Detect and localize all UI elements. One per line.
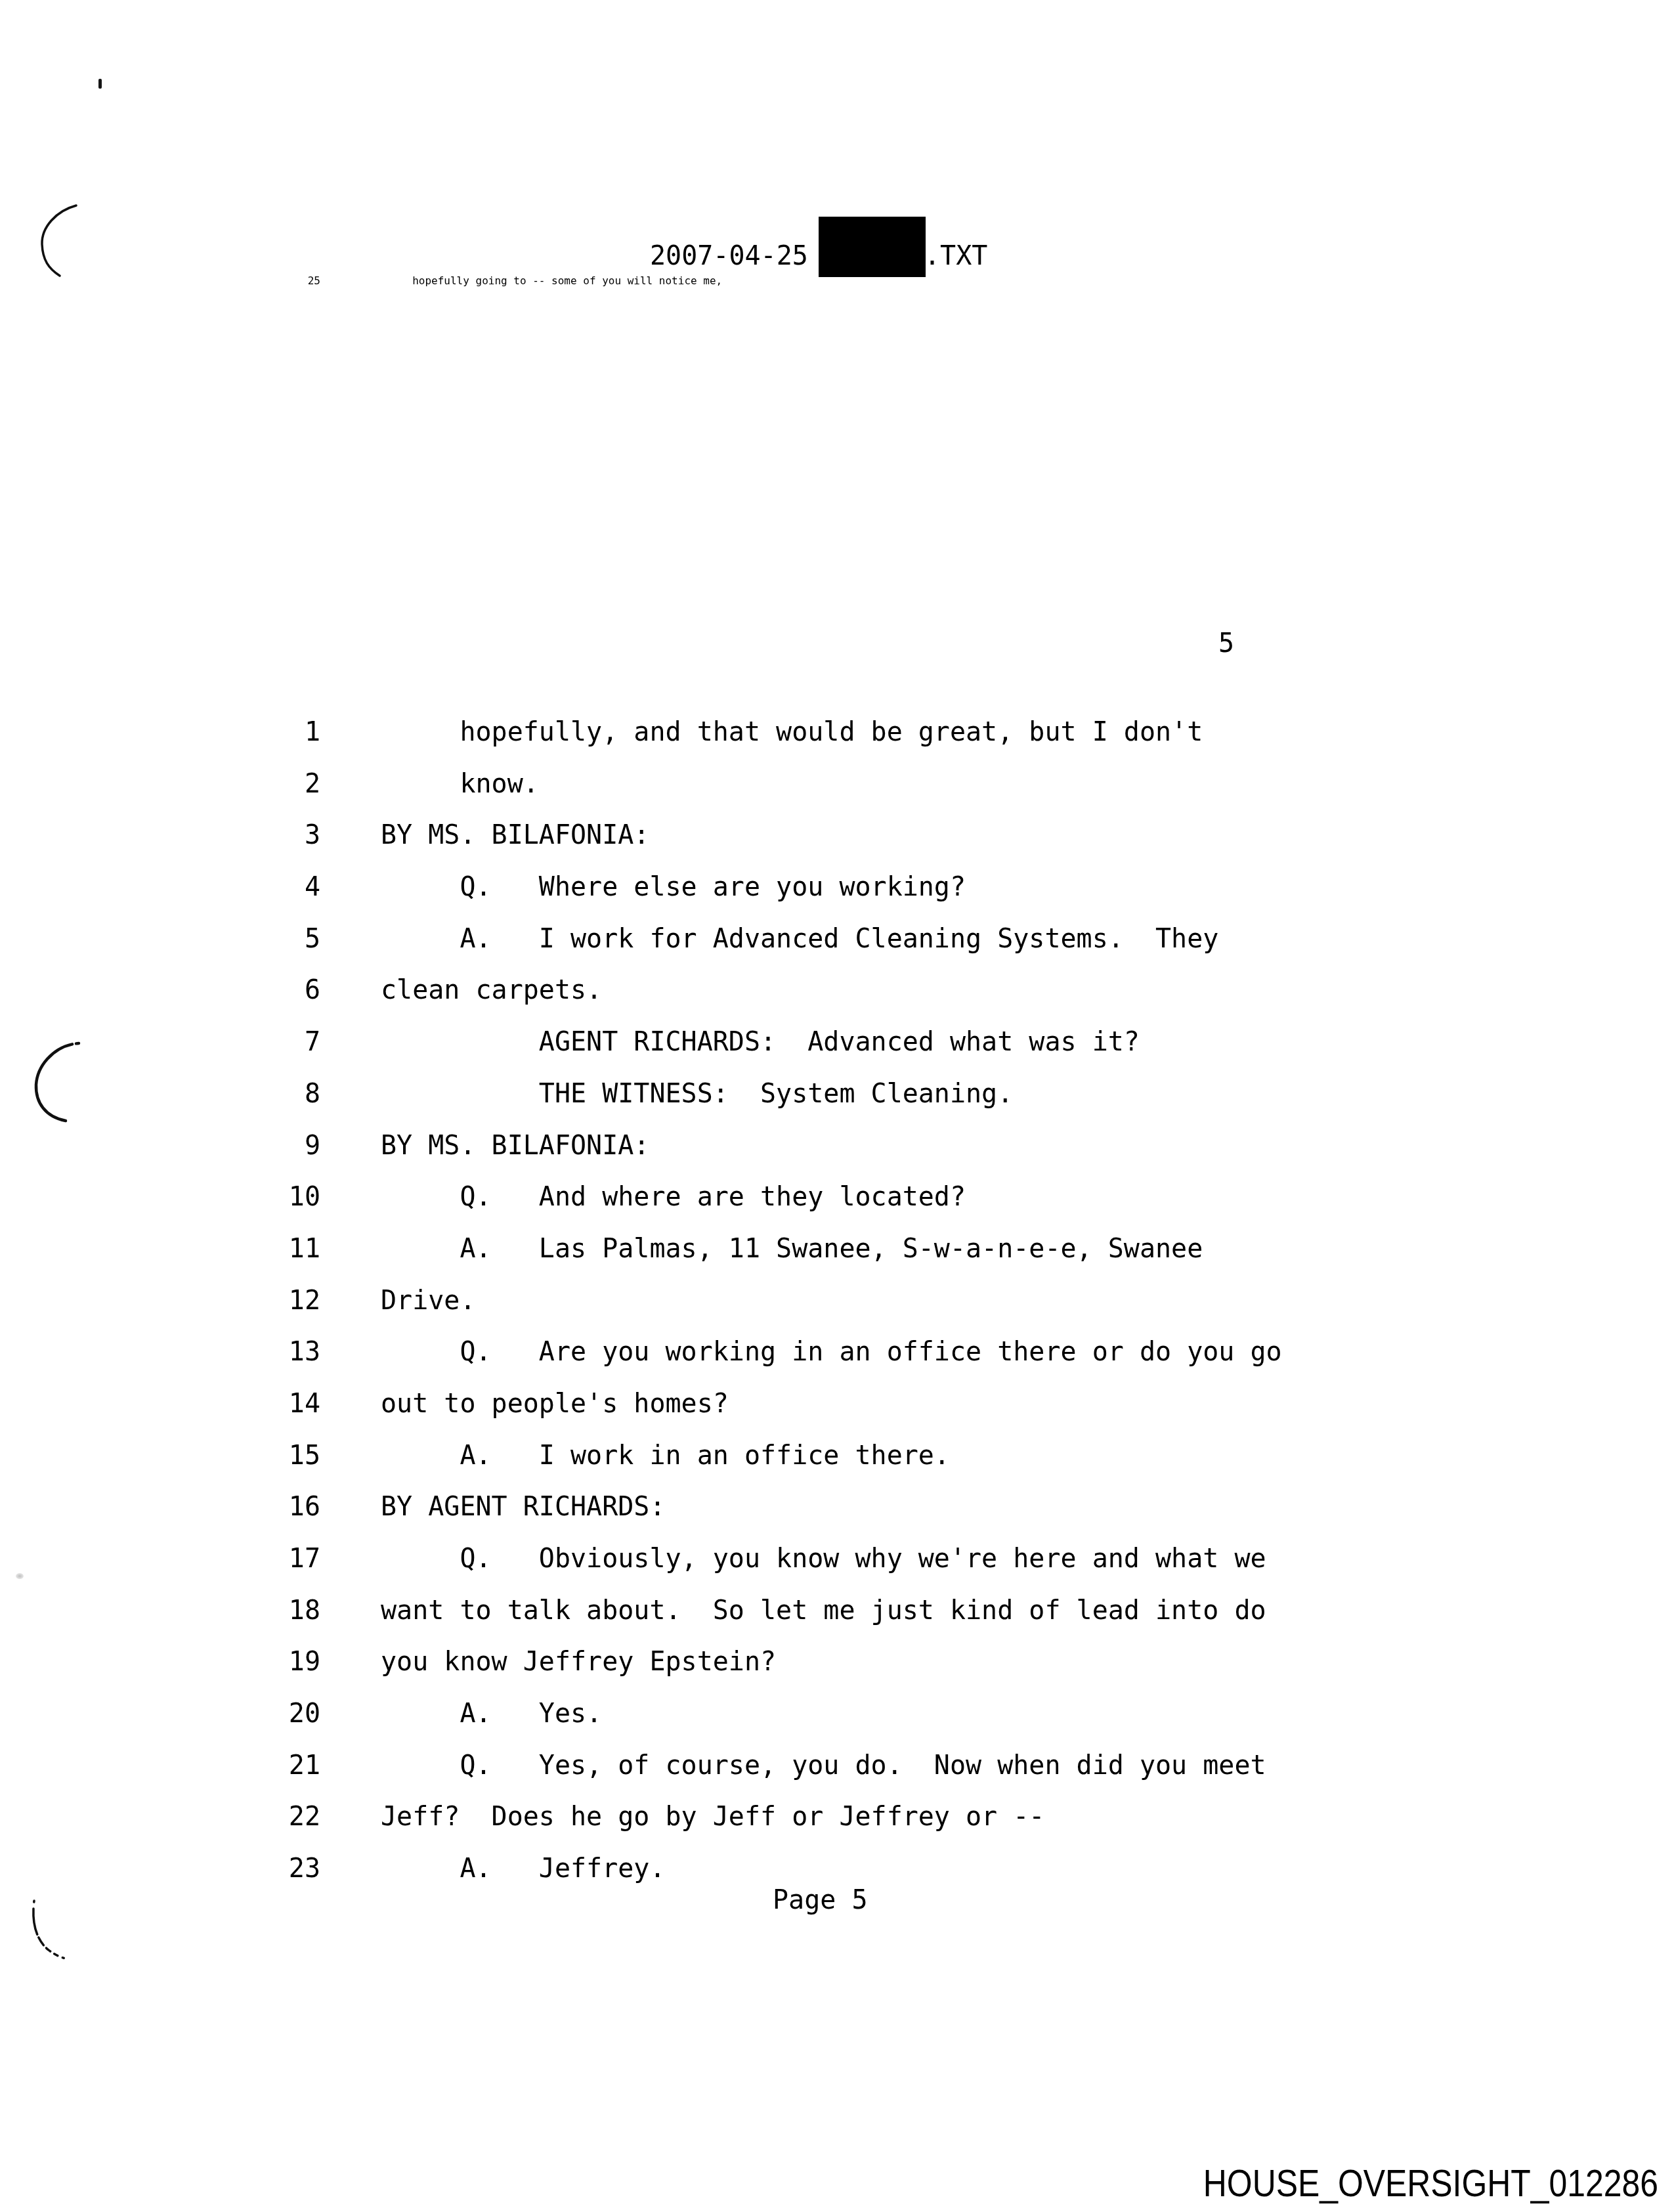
transcript-line: 2 know. — [0, 768, 1674, 820]
transcript-line: 22Jeff? Does he go by Jeff or Jeffrey or… — [0, 1801, 1674, 1853]
line-text: Q. And where are they located? — [381, 1181, 966, 1213]
transcript-line: 18want to talk about. So let me just kin… — [0, 1595, 1674, 1647]
line-number: 17 — [242, 1543, 320, 1574]
line-number: 15 — [242, 1440, 320, 1471]
line-number: 12 — [242, 1285, 320, 1316]
line-number: 22 — [242, 1801, 320, 1832]
transcript-line: 21 Q. Yes, of course, you do. Now when d… — [0, 1750, 1674, 1802]
transcript-line: 5 A. I work for Advanced Cleaning System… — [0, 923, 1674, 975]
line-text: Jeff? Does he go by Jeff or Jeffrey or -… — [381, 1801, 1044, 1832]
line-number: 9 — [242, 1130, 320, 1161]
transcript-line: 12Drive. — [0, 1285, 1674, 1337]
transcript-carryover-line: 25 hopefully going to -- some of you wil… — [0, 274, 1674, 306]
transcript-line: 4 Q. Where else are you working? — [0, 871, 1674, 923]
transcript-line: 20 A. Yes. — [0, 1698, 1674, 1750]
line-text: you know Jeffrey Epstein? — [381, 1646, 776, 1678]
transcript-line: 14out to people's homes? — [0, 1388, 1674, 1440]
transcript-line: 9BY MS. BILAFONIA: — [0, 1130, 1674, 1182]
line-text: BY MS. BILAFONIA: — [381, 819, 649, 851]
line-number: 11 — [242, 1233, 320, 1265]
line-number: 7 — [242, 1026, 320, 1058]
line-text: Q. Where else are you working? — [381, 871, 966, 903]
scan-arc-bottom-left — [29, 1899, 68, 1964]
line-text: want to talk about. So let me just kind … — [381, 1595, 1266, 1626]
line-number: 5 — [242, 923, 320, 955]
line-text: hopefully, and that would be great, but … — [381, 716, 1203, 748]
line-text: THE WITNESS: System Cleaning. — [381, 1078, 1013, 1110]
transcript-line: 11 A. Las Palmas, 11 Swanee, S-w-a-n-e-e… — [0, 1233, 1674, 1285]
line-number: 3 — [242, 819, 320, 851]
line-text: BY AGENT RICHARDS: — [381, 1491, 665, 1523]
line-text: clean carpets. — [381, 974, 602, 1006]
line-number: 16 — [242, 1491, 320, 1523]
transcript-line: 8 THE WITNESS: System Cleaning. — [0, 1078, 1674, 1130]
transcript-line: 16BY AGENT RICHARDS: — [0, 1491, 1674, 1543]
line-text: A. I work for Advanced Cleaning Systems.… — [381, 923, 1218, 955]
line-number: 6 — [242, 974, 320, 1006]
line-number: 20 — [242, 1698, 320, 1729]
line-text: Q. Yes, of course, you do. Now when did … — [381, 1750, 1266, 1781]
scan-arc-top-left — [37, 202, 80, 280]
transcript-line: 3BY MS. BILAFONIA: — [0, 819, 1674, 871]
transcript-line: 13 Q. Are you working in an office there… — [0, 1336, 1674, 1388]
line-number: 10 — [242, 1181, 320, 1213]
transcript-line: 1 hopefully, and that would be great, bu… — [0, 716, 1674, 768]
line-number: 23 — [242, 1853, 320, 1884]
header-filename-suffix: .TXT — [924, 240, 987, 272]
scan-mark-tick — [98, 79, 102, 89]
line-text: hopefully going to -- some of you will n… — [381, 274, 722, 287]
transcript-line: 7 AGENT RICHARDS: Advanced what was it? — [0, 1026, 1674, 1078]
transcript-line: 17 Q. Obviously, you know why we're here… — [0, 1543, 1674, 1595]
redaction-box — [819, 217, 926, 277]
line-number: 1 — [242, 716, 320, 748]
transcript-line: 10 Q. And where are they located? — [0, 1181, 1674, 1233]
line-number: 4 — [242, 871, 320, 903]
page-footer-label: Page 5 — [773, 1884, 868, 1916]
line-text: A. I work in an office there. — [381, 1440, 950, 1471]
line-number: 13 — [242, 1336, 320, 1368]
line-text: AGENT RICHARDS: Advanced what was it? — [381, 1026, 1140, 1058]
transcript-line: 15 A. I work in an office there. — [0, 1440, 1674, 1492]
transcript-body: 1 hopefully, and that would be great, bu… — [0, 716, 1674, 1905]
transcript-line: 6clean carpets. — [0, 974, 1674, 1026]
line-text: Q. Are you working in an office there or… — [381, 1336, 1282, 1368]
line-text: Q. Obviously, you know why we're here an… — [381, 1543, 1266, 1574]
line-text: know. — [381, 768, 539, 800]
line-number: 8 — [242, 1078, 320, 1110]
transcript-line: 19you know Jeffrey Epstein? — [0, 1646, 1674, 1698]
line-text: A. Las Palmas, 11 Swanee, S-w-a-n-e-e, S… — [381, 1233, 1203, 1265]
header-filename-date: 2007-04-25 — [650, 240, 808, 272]
line-number: 14 — [242, 1388, 320, 1420]
line-number: 18 — [242, 1595, 320, 1626]
page-number: 5 — [1218, 628, 1234, 659]
line-text: out to people's homes? — [381, 1388, 729, 1420]
line-text: A. Yes. — [381, 1698, 602, 1729]
line-text: A. Jeffrey. — [381, 1853, 665, 1884]
line-text: Drive. — [381, 1285, 476, 1316]
line-text: BY MS. BILAFONIA: — [381, 1130, 649, 1161]
bates-stamp: HOUSE_OVERSIGHT_012286 — [1203, 2164, 1658, 2203]
line-number: 2 — [242, 768, 320, 800]
line-number: 25 — [242, 274, 320, 287]
line-number: 19 — [242, 1646, 320, 1678]
line-number: 21 — [242, 1750, 320, 1781]
document-page: 2007-04-25 .TXT 25 hopefully going to --… — [0, 0, 1674, 2212]
